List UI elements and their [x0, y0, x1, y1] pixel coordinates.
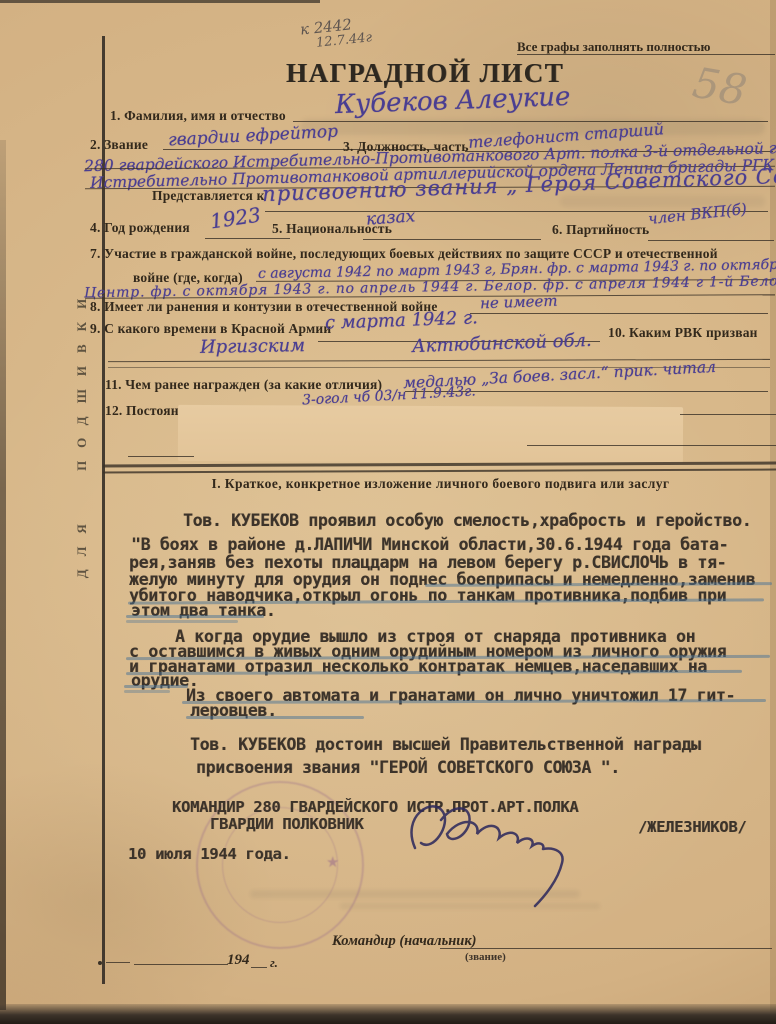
scan-edge-left: [0, 140, 6, 1010]
footer-rank-hint: (звание): [465, 951, 506, 963]
signoff-date: 10 июля 1944 года.: [128, 845, 291, 863]
body-p5-l2: присвоения звания "ГЕРОЙ СОВЕТСКОГО СОЮЗ…: [196, 758, 620, 777]
commander-signature: [385, 788, 665, 913]
field-4-label: 4. Год рождения: [90, 220, 190, 236]
footer-date-dot: [98, 961, 102, 965]
field-2-label: 2. Звание: [90, 137, 148, 153]
presented-label: Представляется к: [152, 188, 265, 204]
redaction-block: [178, 405, 683, 463]
underline-p2-l5b: [126, 620, 238, 623]
field-8-value: не имеет: [480, 292, 558, 313]
underline-p2-l5: [126, 615, 264, 618]
field-10-value-b: Актюбинской обл.: [412, 330, 592, 357]
field-12-line-frag-3: [128, 456, 194, 457]
stamp-star-icon: ★: [326, 853, 339, 872]
field-1-label: 1. Фамилия, имя и отчество: [110, 108, 286, 124]
footer-year-suffix: г.: [270, 955, 278, 971]
underline-p3-l4: [124, 685, 188, 688]
note-underline: [517, 54, 775, 55]
section-divider-thick: [103, 462, 776, 468]
field-8-line: [470, 313, 768, 314]
field-10-value-a: Иргизским: [200, 335, 305, 358]
field-2-value: гвардии ефрейтор: [168, 122, 339, 151]
fill-all-fields-note: Все графы заполнять полностью: [517, 39, 710, 55]
pencil-page-number: 58: [689, 58, 750, 116]
signoff-line2: ГВАРДИИ ПОЛКОВНИК: [210, 815, 364, 833]
body-p2-l1: "В боях в районе д.ЛАПИЧИ Минской област…: [131, 535, 728, 554]
scan-edge-top: [0, 0, 320, 3]
scan-edge-bottom: [0, 1004, 776, 1024]
field-1-line: [293, 121, 768, 122]
field-9-value: с марта 1942 г.: [325, 307, 478, 333]
field-4-value: 1923: [209, 203, 263, 234]
section-heading: I. Краткое, конкретное изложение личного…: [105, 476, 776, 492]
field-6-label: 6. Партийность: [552, 222, 649, 238]
body-p5-l1: Тов. КУБЕКОВ достоин высшей Правительств…: [190, 735, 701, 754]
field-5-value: казах: [365, 206, 416, 229]
underline-p4-l2: [186, 716, 364, 719]
footer-date-line-long: [134, 964, 228, 965]
field-4-line: [205, 238, 290, 239]
footer-year-prefix: 194: [227, 952, 250, 969]
field-12-line-frag-2: [527, 445, 776, 446]
field-12-line-frag-1: [680, 414, 776, 415]
field-6-line: [648, 240, 774, 241]
underline-p3-l4b: [124, 690, 170, 693]
footer-date-line-short: [106, 962, 130, 963]
filing-margin-label: ДЛЯ ПОДШИВКИ: [74, 252, 90, 612]
field-5-line: [363, 239, 541, 240]
section-divider-thin: [103, 469, 776, 474]
field-10-label: 10. Каким РВК призван: [608, 325, 758, 341]
footer-commander-line: [440, 948, 772, 949]
award-sheet-document: ДЛЯ ПОДШИВКИ к 2442 12.7.44г Все графы з…: [0, 0, 776, 1024]
footer-year-line: [251, 967, 267, 968]
body-p1: Тов. КУБЕКОВ проявил особую смелость,хра…: [183, 511, 751, 530]
